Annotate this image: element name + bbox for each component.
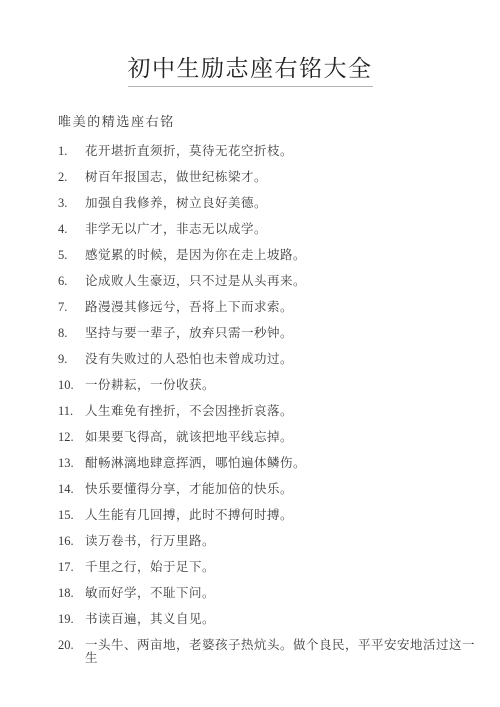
list-item: 9.没有失败过的人恐怕也未曾成功过。 [58,353,480,366]
item-number: 18. [58,587,85,600]
page-title: 初中生励志座右铭大全 [0,0,500,87]
list-item: 16.读万卷书，行万里路。 [58,535,480,548]
item-text: 读万卷书，行万里路。 [85,535,480,548]
item-number: 15. [58,509,85,522]
item-text: 没有失败过的人恐怕也未曾成功过。 [85,353,480,366]
list-item: 18.敏而好学，不耻下问。 [58,587,480,600]
item-text: 路漫漫其修远兮，吾将上下而求索。 [85,301,480,314]
list-item: 13.酣畅淋漓地肆意挥洒，哪怕遍体鳞伤。 [58,457,480,470]
item-text: 一份耕耘，一份收获。 [85,379,480,392]
list-item: 15.人生能有几回搏，此时不搏何时搏。 [58,509,480,522]
list-item: 4.非学无以广才，非志无以成学。 [58,223,480,236]
item-text: 树百年报国志，做世纪栋梁才。 [85,171,480,184]
item-number: 8. [58,327,85,340]
item-text: 敏而好学，不耻下问。 [85,587,480,600]
item-number: 4. [58,223,85,236]
item-text: 千里之行，始于足下。 [85,561,480,574]
item-text: 快乐要懂得分享，才能加倍的快乐。 [85,483,480,496]
item-text: 花开堪折直须折，莫待无花空折枝。 [85,145,480,158]
item-text: 酣畅淋漓地肆意挥洒，哪怕遍体鳞伤。 [85,457,480,470]
item-number: 17. [58,561,85,574]
item-number: 19. [58,613,85,626]
item-text: 如果要飞得高，就该把地平线忘掉。 [85,431,480,444]
item-number: 16. [58,535,85,548]
list-item: 19.书读百遍，其义自见。 [58,613,480,626]
item-number: 1. [58,145,85,158]
list-item: 3.加强自我修养，树立良好美德。 [58,197,480,210]
page-title-text: 初中生励志座右铭大全 [128,50,373,87]
list-item: 8.坚持与要一辈子，放弃只需一秒钟。 [58,327,480,340]
item-number: 7. [58,301,85,314]
list-item: 10.一份耕耘，一份收获。 [58,379,480,392]
list-item: 12.如果要飞得高，就该把地平线忘掉。 [58,431,480,444]
item-number: 6. [58,275,85,288]
list-item: 20.一头牛、两亩地，老婆孩子热炕头。做个良民，平平安安地活过这一生 [58,639,480,665]
list-item: 14.快乐要懂得分享，才能加倍的快乐。 [58,483,480,496]
item-number: 14. [58,483,85,496]
item-number: 5. [58,249,85,262]
motto-list: 1.花开堪折直须折，莫待无花空折枝。2.树百年报国志，做世纪栋梁才。3.加强自我… [0,130,500,665]
item-number: 12. [58,431,85,444]
item-number: 10. [58,379,85,392]
list-item: 1.花开堪折直须折，莫待无花空折枝。 [58,145,480,158]
section-heading: 唯美的精选座右铭 [0,87,500,130]
list-item: 6.论成败人生豪迈，只不过是从头再来。 [58,275,480,288]
list-item: 17.千里之行，始于足下。 [58,561,480,574]
item-text: 人生能有几回搏，此时不搏何时搏。 [85,509,480,522]
item-text: 人生难免有挫折，不会因挫折哀落。 [85,405,480,418]
item-number: 11. [58,405,85,418]
document-page: 初中生励志座右铭大全 唯美的精选座右铭 1.花开堪折直须折，莫待无花空折枝。2.… [0,0,500,707]
item-text: 书读百遍，其义自见。 [85,613,480,626]
item-number: 3. [58,197,85,210]
item-text: 非学无以广才，非志无以成学。 [85,223,480,236]
item-number: 9. [58,353,85,366]
list-item: 5.感觉累的时候，是因为你在走上坡路。 [58,249,480,262]
item-text: 感觉累的时候，是因为你在走上坡路。 [85,249,480,262]
item-number: 2. [58,171,85,184]
list-item: 2.树百年报国志，做世纪栋梁才。 [58,171,480,184]
list-item: 7.路漫漫其修远兮，吾将上下而求索。 [58,301,480,314]
item-text: 一头牛、两亩地，老婆孩子热炕头。做个良民，平平安安地活过这一生 [85,639,480,665]
item-number: 20. [58,639,85,652]
item-text: 加强自我修养，树立良好美德。 [85,197,480,210]
item-text: 论成败人生豪迈，只不过是从头再来。 [85,275,480,288]
item-text: 坚持与要一辈子，放弃只需一秒钟。 [85,327,480,340]
item-number: 13. [58,457,85,470]
list-item: 11.人生难免有挫折，不会因挫折哀落。 [58,405,480,418]
